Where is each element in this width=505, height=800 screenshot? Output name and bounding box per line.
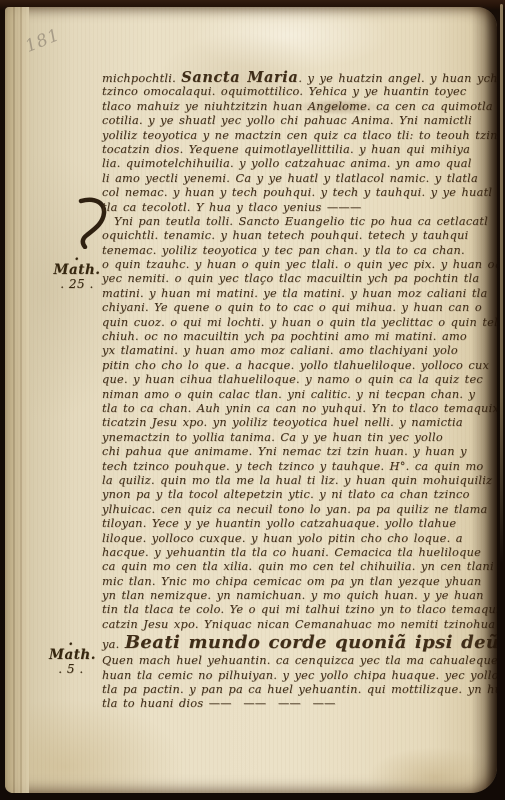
manuscript-line: chiuh. oc no macuiltin ych pa pochtini a… [102,330,497,344]
manuscript-page: 181 . Math. . 25 . . Math. . 5 . michpoc… [5,7,497,793]
margin-note-chapter: . 25 . [53,277,101,291]
facing-leaves-edge [500,4,503,564]
manuscript-line: tenemac. yoliliz teoyotica y tec pan cha… [102,244,497,258]
manuscript-line: yx tlamatini. y huan amo moz caliani. am… [102,344,497,358]
manuscript-line: ynemactzin to yollia tanima. Ca y ye hua… [102,431,497,445]
large-script-text: Sancta Maria [181,69,298,86]
manuscript-line: hacque. y yehuantin tla tla co huani. Ce… [102,546,497,560]
manuscript-line: cotilia. y ye shuatl yec yollo chi pahua… [102,114,497,128]
manuscript-line: chiyani. Ye quene o quin to to cac o qui… [102,301,497,315]
manuscript-line: col nemac. y huan y tech pouhqui. y tech… [102,186,497,200]
manuscript-line: huan tla cemic no pilhuiyan. y yec yollo… [102,669,497,683]
line-text: . y ye huatzin angel. y huan ychan [298,72,497,85]
manuscript-line: tiloyan. Yece y ye huantin yollo catzahu… [102,517,497,531]
margin-note-book: . Math. [53,249,101,277]
manuscript-line: niman amo o quin calac tlan. yni calitic… [102,388,497,402]
manuscript-line: lia. quimotelchihuilia. y yollo catzahua… [102,157,497,171]
manuscript-line: la quiliz. quin mo tla me la hual ti liz… [102,474,497,488]
margin-note-math-25: . Math. . 25 . [53,249,101,291]
manuscript-line: tla to huani dios —— —— —— —— [102,697,497,711]
manuscript-line: ticatzin Jesu xpo. yn yoliliz teoyotica … [102,416,497,430]
manuscript-text-block: michpochtli. Sancta Maria. y ye huatzin … [102,71,497,712]
manuscript-line: li amo yectli yenemi. Ca y ye huatl y tl… [102,172,497,186]
manuscript-line: chi pahua que animame. Yni nemac tzi tzi… [102,445,497,459]
manuscript-line: yoliliz teoyotica y ne mactzin cen quiz … [102,129,497,143]
manuscript-line: Quen mach huel yehuantin. ca cenquizca y… [102,654,497,668]
latin-display-text: Beati mundo corde quoniã ipsi deũ videbu… [125,632,497,653]
manuscript-line: pitin cho cho lo que. a hacque. yollo tl… [102,359,497,373]
margin-note-book: . Math. [49,634,93,662]
manuscript-line: ca quin mo cen tla xilia. quin mo cen te… [102,560,497,574]
book-photo-background: 181 . Math. . 25 . . Math. . 5 . michpoc… [0,0,505,800]
margin-note-chapter: . 5 . [49,662,93,676]
line-text: michpochtli. [102,72,181,85]
manuscript-line: tla ca tecolotl. Y hua y tlaco yenius ——… [102,201,497,215]
manuscript-line: catzin Jesu xpo. Yniquac nican Cemanahua… [102,618,497,632]
manuscript-line: o quin tzauhc. y huan o quin yec tlali. … [102,258,497,272]
manuscript-line: tla pa pactin. y pan pa ca huel yehuanti… [102,683,497,697]
manuscript-line: ya. Beati mundo corde quoniã ipsi deũ vi… [102,632,497,654]
manuscript-line: mic tlan. Ynic mo chipa cemicac om pa yn… [102,575,497,589]
manuscript-line: yec nemiti. o quin yec tlaço tlac macuil… [102,272,497,286]
manuscript-line: que. y huan cihua tlahueliloque. y namo … [102,373,497,387]
manuscript-line: liloque. yolloco cuxque. y huan yolo pit… [102,532,497,546]
manuscript-line: tocatzin dios. Yequene quimotlayellittil… [102,143,497,157]
manuscript-line: michpochtli. Sancta Maria. y ye huatzin … [102,71,497,85]
manuscript-line: quin cuoz. o qui mi lochti. y huan o qui… [102,316,497,330]
manuscript-line: tzinco omocalaqui. oquimottilico. Yehica… [102,85,497,99]
manuscript-line: tla to ca chan. Auh ynin ca can no yuhqu… [102,402,497,416]
manuscript-line: ylhuicac. cen quiz ca necuil tono lo yan… [102,503,497,517]
manuscript-line: yn tlan nemizque. yn namichuan. y mo qui… [102,589,497,603]
manuscript-line: Yni pan teutla tolli. Sancto Euangelio t… [102,215,497,229]
manuscript-line: oquichtli. tenamic. y huan tetech pouhqu… [102,229,497,243]
binding-edge [5,7,29,793]
manuscript-line: tin tla tlaca te colo. Ye o qui mi talhu… [102,603,497,617]
line-text: ya. [102,638,125,651]
margin-note-math-5: . Math. . 5 . [49,634,93,676]
manuscript-line: ynon pa y tla tocol altepetzin ytic. y n… [102,488,497,502]
manuscript-line: tech tzinco pouhque. y tech tzinco y tau… [102,460,497,474]
manuscript-line: tlaco mahuiz ye niuhtzitzin huan Angelom… [102,100,497,114]
manuscript-line: matini. y huan mi matini. ye tla matini.… [102,287,497,301]
